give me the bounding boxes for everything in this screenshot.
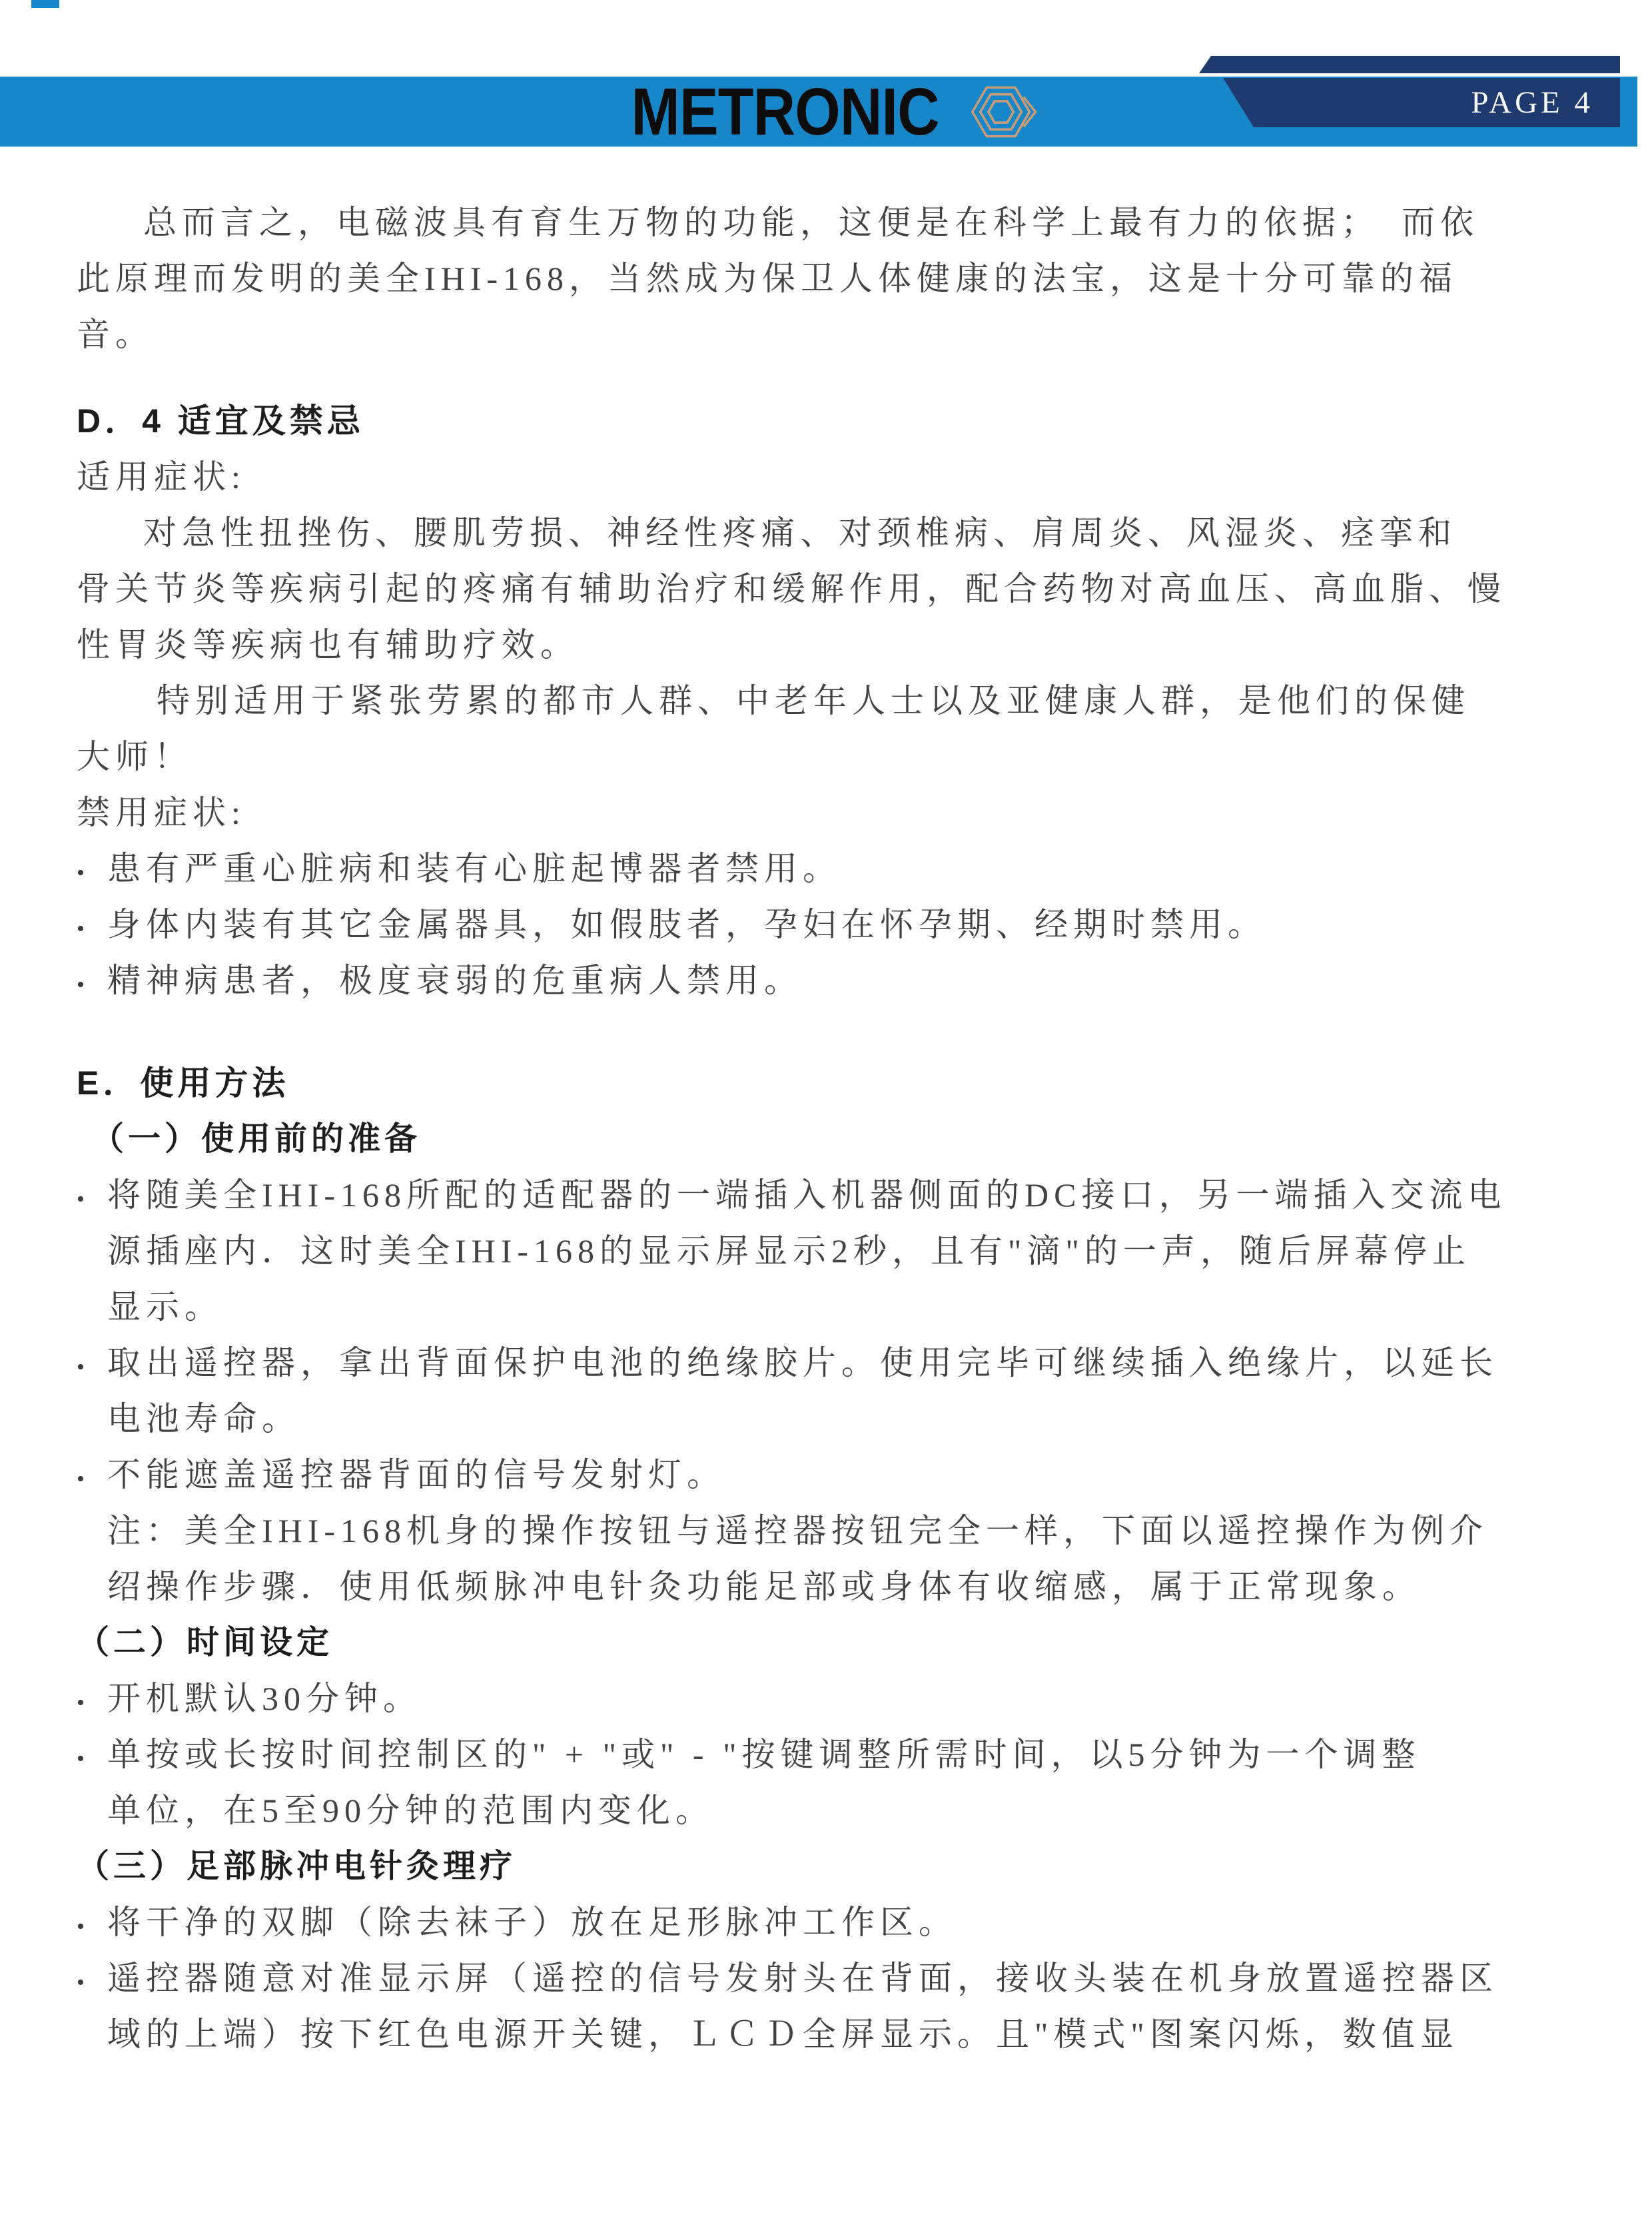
- bullet-marker: •: [77, 901, 107, 957]
- bullet-text: 精神病患者，极度衰弱的危重病人禁用。: [107, 962, 803, 999]
- sub3-heading: （三）足部脉冲电针灸理疗: [77, 1838, 1577, 1894]
- section-e-heading: E．使用方法: [77, 1055, 1577, 1111]
- note-line: 注：美全IHI-168机身的操作按钮与遥控器按钮完全一样，下面以遥控操作为例介: [77, 1503, 1577, 1559]
- suitable-line: 性胃炎等疾病也有辅助疗效。: [77, 617, 1577, 673]
- bullet-continuation: 电池寿命。: [77, 1391, 1577, 1447]
- bullet-marker: •: [77, 957, 107, 1013]
- bullet-marker: •: [77, 1172, 107, 1228]
- brand-logo: METRONIC: [610, 79, 1037, 145]
- bullet-marker: •: [77, 1675, 107, 1731]
- bullet-text: 不能遮盖遥控器背面的信号发射灯。: [107, 1456, 725, 1493]
- bullet-text: 取出遥控器，拿出背面保护电池的绝缘胶片。使用完毕可继续插入绝缘片，以延长: [107, 1344, 1498, 1381]
- note-line: 绍操作步骤．使用低频脉冲电针灸功能足部或身体有收缩感，属于正常现象。: [77, 1559, 1577, 1615]
- bullet-continuation: 域的上端）按下红色电源开关键，ＬＣＤ全屏显示。且"模式"图案闪烁，数值显: [77, 2006, 1577, 2062]
- bullet-item: •将干净的双脚（除去袜子）放在足形脉冲工作区。: [77, 1894, 1577, 1950]
- bullet-item: •开机默认30分钟。: [77, 1671, 1577, 1726]
- brand-wordmark: METRONIC: [631, 79, 939, 145]
- page-number: PAGE 4: [1471, 85, 1620, 121]
- bullet-text: 将随美全IHI-168所配的适配器的一端插入机器侧面的DC接口，另一端插入交流电: [107, 1176, 1507, 1214]
- bullet-continuation: 单位，在5至90分钟的范围内变化。: [77, 1782, 1577, 1838]
- sub1-heading: （一）使用前的准备: [77, 1111, 1577, 1167]
- bullet-text: 身体内装有其它金属器具，如假肢者，孕妇在怀孕期、经期时禁用。: [107, 906, 1266, 943]
- bullet-marker: •: [77, 845, 107, 901]
- bullet-item: •遥控器随意对准显示屏（遥控的信号发射头在背面，接收头装在机身放置遥控器区: [77, 1950, 1577, 2006]
- page-body: 总而言之，电磁波具有育生万物的功能，这便是在科学上最有力的依据； 而依 此原理而…: [0, 147, 1652, 2062]
- suitable-line: 骨关节炎等疾病引起的疼痛有辅助治疗和缓解作用，配合药物对高血压、高血脂、慢: [77, 561, 1577, 617]
- special-use-line: 大师！: [77, 729, 1577, 785]
- suitable-symptoms-label: 适用症状:: [77, 449, 1577, 505]
- bullet-marker: •: [77, 1899, 107, 1955]
- bullet-text: 遥控器随意对准显示屏（遥控的信号发射头在背面，接收头装在机身放置遥控器区: [107, 1960, 1498, 1997]
- special-use-line: 特别适用于紧张劳累的都市人群、中老年人士以及亚健康人群，是他们的保健: [77, 673, 1577, 729]
- bullet-item: •身体内装有其它金属器具，如假肢者，孕妇在怀孕期、经期时禁用。: [77, 897, 1577, 952]
- bullet-text: 患有严重心脏病和装有心脏起博器者禁用。: [107, 850, 841, 887]
- bullet-item: •将随美全IHI-168所配的适配器的一端插入机器侧面的DC接口，另一端插入交流…: [77, 1167, 1577, 1223]
- bullet-item: •精神病患者，极度衰弱的危重病人禁用。: [77, 952, 1577, 1008]
- intro-line: 此原理而发明的美全IHI-168，当然成为保卫人体健康的法宝，这是十分可靠的福: [77, 250, 1577, 306]
- intro-line: 音。: [77, 306, 1577, 362]
- bullet-continuation: 显示。: [77, 1279, 1577, 1335]
- manual-page: METRONIC PAGE 4 总而言之，电磁波具有育生万: [0, 0, 1652, 2234]
- sub2-heading: （二）时间设定: [77, 1615, 1577, 1671]
- corner-mark: [31, 0, 59, 8]
- bullet-text: 开机默认30分钟。: [107, 1680, 422, 1717]
- bullet-marker: •: [77, 1339, 107, 1395]
- forbidden-symptoms-label: 禁用症状:: [77, 785, 1577, 841]
- bullet-marker: •: [77, 1451, 107, 1507]
- bullet-marker: •: [77, 1955, 107, 2011]
- suitable-line: 对急性扭挫伤、腰肌劳损、神经性疼痛、对颈椎病、肩周炎、风湿炎、痉挛和: [77, 505, 1577, 561]
- bullet-item: •单按或长按时间控制区的" + "或" - "按键调整所需时间，以5分钟为一个调…: [77, 1726, 1577, 1782]
- bullet-text: 单按或长按时间控制区的" + "或" - "按键调整所需时间，以5分钟为一个调整: [107, 1736, 1421, 1773]
- banner-accent-strip: [1199, 56, 1620, 73]
- bullet-item: •不能遮盖遥控器背面的信号发射灯。: [77, 1447, 1577, 1503]
- page-number-banner: PAGE 4: [1223, 78, 1620, 127]
- bullet-continuation: 源插座内．这时美全IHI-168的显示屏显示2秒，且有"滴"的一声，随后屏幕停止: [77, 1223, 1577, 1279]
- bullet-item: •取出遥控器，拿出背面保护电池的绝缘胶片。使用完毕可继续插入绝缘片，以延长: [77, 1335, 1577, 1391]
- bullet-text: 将干净的双脚（除去袜子）放在足形脉冲工作区。: [107, 1904, 957, 1941]
- hexagon-logo-icon: [971, 85, 1038, 139]
- bullet-item: •患有严重心脏病和装有心脏起博器者禁用。: [77, 841, 1577, 897]
- section-d4-heading: D．4 适宜及禁忌: [77, 393, 1577, 449]
- bullet-marker: •: [77, 1731, 107, 1787]
- intro-line: 总而言之，电磁波具有育生万物的功能，这便是在科学上最有力的依据； 而依: [77, 194, 1577, 250]
